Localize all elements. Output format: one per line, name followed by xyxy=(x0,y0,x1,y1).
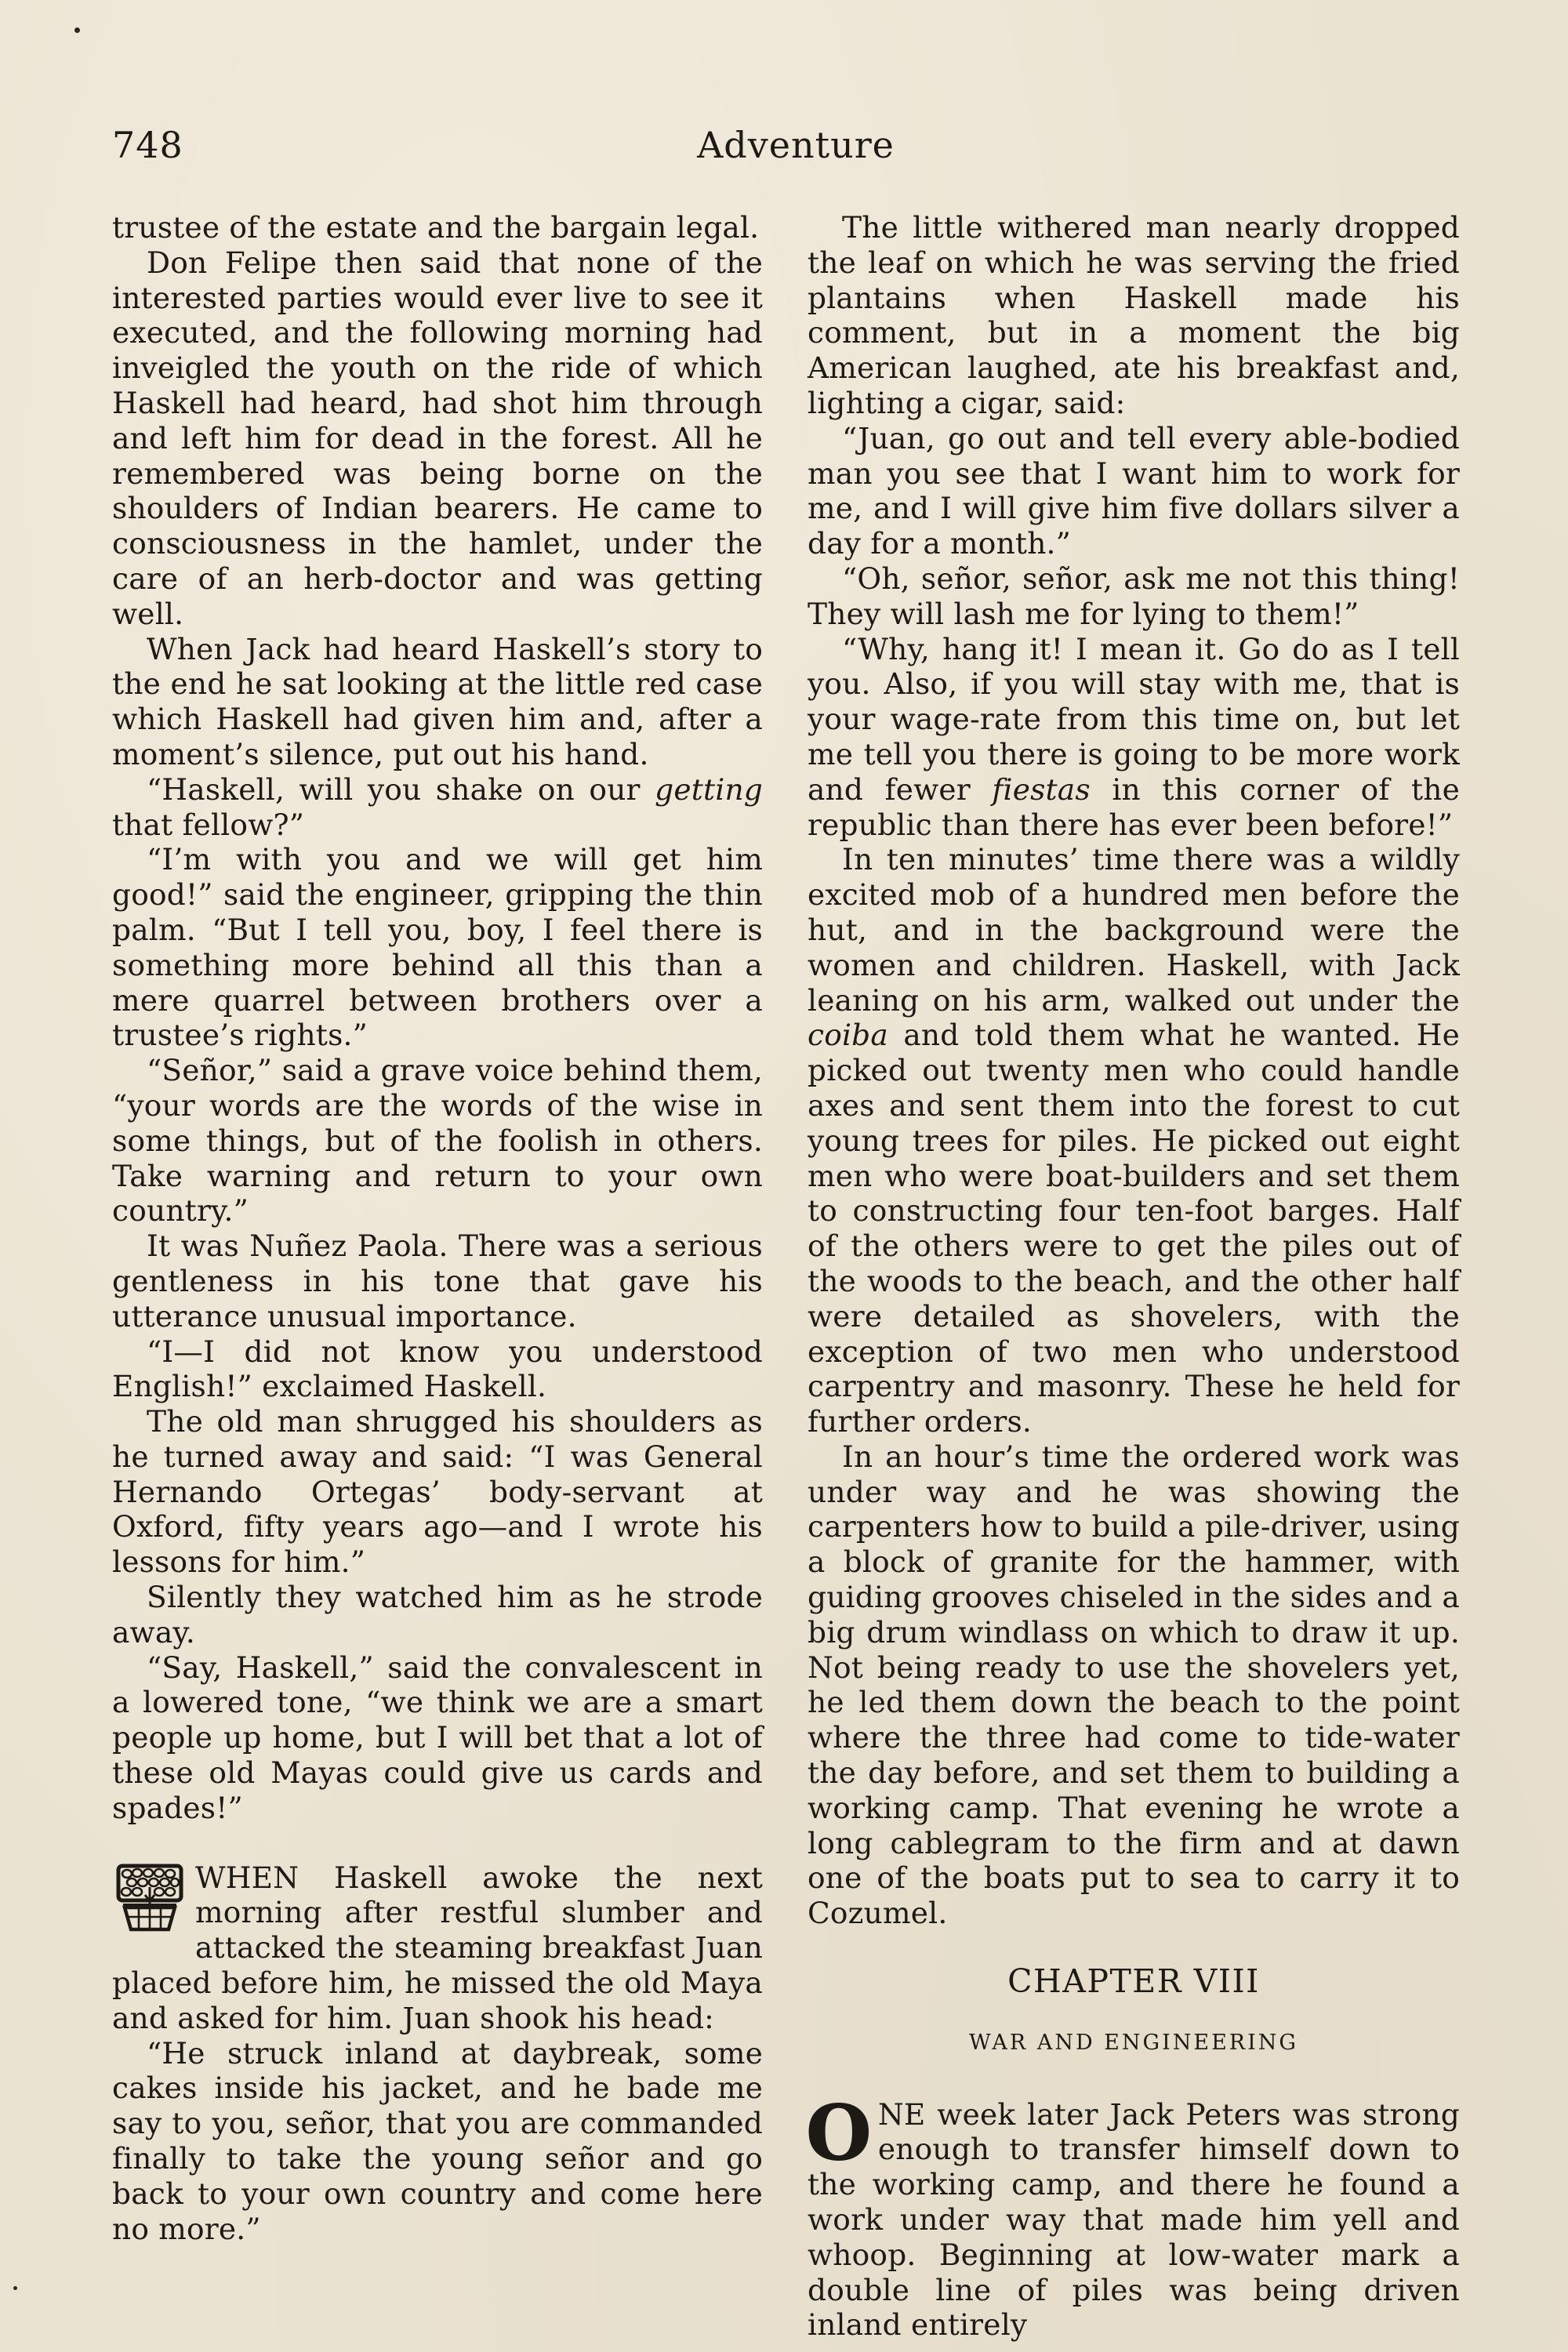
ink-speck xyxy=(13,2286,17,2290)
paragraph: It was Nuñez Paola. There was a serious … xyxy=(112,1229,763,1334)
paragraph: When Jack had heard Haskell’s story to t… xyxy=(112,632,763,772)
drop-cap: O xyxy=(806,2102,872,2165)
paragraph: “I—I did not know you understood English… xyxy=(112,1334,763,1405)
paragraph: “Juan, go out and tell every able-bodied… xyxy=(808,421,1460,561)
chapter-title: CHAPTER VIII xyxy=(808,1964,1460,1999)
paragraph: The old man shrugged his shoulders as he… xyxy=(112,1404,763,1580)
paragraph: The little withered man nearly dropped t… xyxy=(808,210,1460,421)
chapter-subtitle: WAR AND ENGINEERING xyxy=(808,2026,1460,2061)
paragraph: In ten minutes’ time there was a wildly … xyxy=(808,842,1460,1439)
paragraph: “He struck inland at daybreak, some cake… xyxy=(112,2036,763,2247)
italic-word: fiestas xyxy=(992,772,1090,807)
text-run: In ten minutes’ time there was a wildly … xyxy=(808,842,1460,1017)
paragraph: In an hour’s time the ordered work was u… xyxy=(808,1439,1460,1931)
italic-word: getting xyxy=(655,772,763,807)
paragraph: “Señor,” said a grave voice behind them,… xyxy=(112,1053,763,1229)
ink-speck xyxy=(74,27,80,33)
section-lead-words: WHEN xyxy=(195,1860,299,1895)
text-run: “Haskell, will you shake on our xyxy=(147,772,655,807)
italic-word: coiba xyxy=(808,1018,888,1052)
paragraph: Don Felipe then said that none of the in… xyxy=(112,245,763,632)
paragraph: “Say, Haskell,” said the convalescent in… xyxy=(112,1650,763,1826)
left-column: trustee of the estate and the bargain le… xyxy=(112,210,763,2246)
paragraph: “Haskell, will you shake on our getting … xyxy=(112,772,763,843)
right-column: The little withered man nearly dropped t… xyxy=(808,210,1460,2343)
paragraph: “Oh, señor, señor, ask me not this thing… xyxy=(808,561,1460,632)
running-title: Adventure xyxy=(0,124,1568,166)
section-break-paragraph: WHEN Haskell awoke the next morning afte… xyxy=(112,1860,763,2036)
text-run: and told them what he wanted. He picked … xyxy=(808,1018,1460,1439)
paragraph: “I’m with you and we will get him good!”… xyxy=(112,842,763,1053)
paragraph: Silently they watched him as he strode a… xyxy=(112,1580,763,1650)
text-run: week later Jack Peters was strong enough… xyxy=(808,2097,1460,2343)
text-run: that fellow?” xyxy=(112,808,304,842)
chapter-opening-paragraph: ONE week later Jack Peters was strong en… xyxy=(808,2097,1460,2343)
flower-basket-ornament-icon xyxy=(115,1864,184,1934)
paragraph: “Why, hang it! I mean it. Go do as I tel… xyxy=(808,632,1460,843)
first-word-rest: NE xyxy=(878,2097,926,2132)
paragraph: trustee of the estate and the bargain le… xyxy=(112,210,763,245)
